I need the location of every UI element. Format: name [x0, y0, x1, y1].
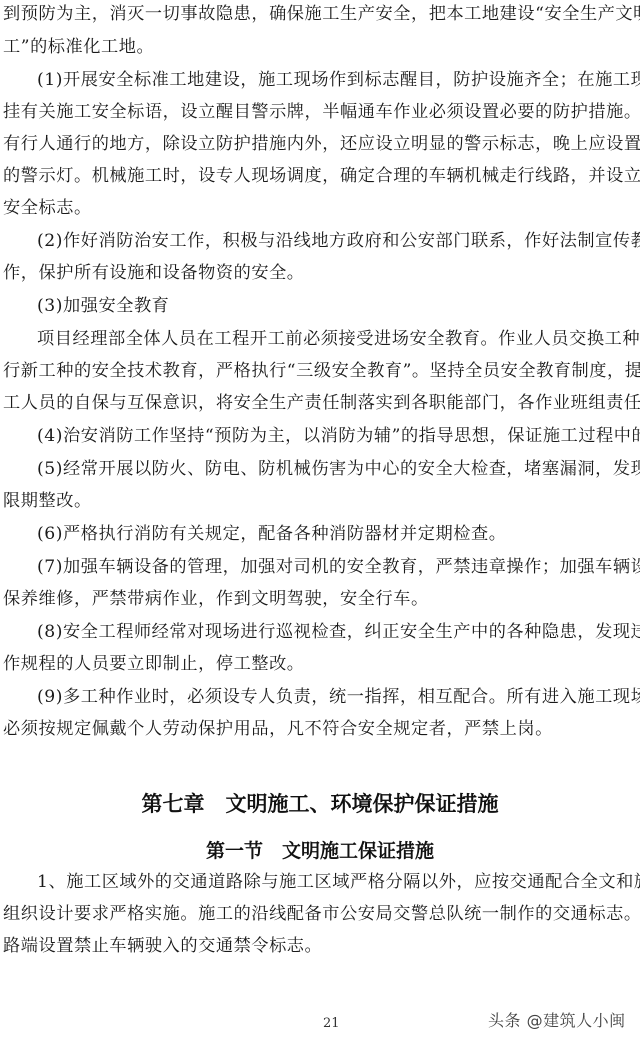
text-line: 限期整改。 [3, 491, 92, 511]
text-line: (4)治安消防工作坚持“预防为主，以消防为辅”的指导思想，保证施工过程中的安全。 [37, 426, 640, 446]
text-line: 到预防为主，消灭一切事故隐患，确保施工生产安全，把本工地建设“安全生产文明施 [3, 4, 640, 24]
text-line: (9)多工种作业时，必须设专人负责，统一指挥，相互配合。所有进入施工现场人员， [37, 687, 640, 707]
text-line: 路端设置禁止车辆驶入的交通禁令标志。 [3, 936, 322, 956]
text-line: 项目经理部全体人员在工程开工前必须接受进场安全教育。作业人员交换工种前进 [37, 329, 640, 349]
text-line: (7)加强车辆设备的管理，加强对司机的安全教育，严禁违章操作；加强车辆设备的 [37, 557, 640, 577]
watermark: 头条 @建筑人小闽 [488, 1008, 626, 1031]
text-line: 行新工种的安全技术教育，严格执行“三级安全教育”。坚持全员安全教育制度，提高施 [3, 361, 640, 381]
text-line: 保养维修，严禁带病作业，作到文明驾驶，安全行车。 [3, 589, 429, 609]
text-line: 作规程的人员要立即制止，停工整改。 [3, 654, 305, 674]
text-line: (2)作好消防治安工作，积极与沿线地方政府和公安部门联系，作好法制宣传教育工 [37, 231, 640, 251]
page-number: 21 [323, 1016, 340, 1031]
text-line: (8)安全工程师经常对现场进行巡视检查，纠正安全生产中的各种隐患，发现违反操 [37, 622, 640, 642]
text-line: 有行人通行的地方，除设立防护措施内外，还应设立明显的警示标志，晚上应设置红色 [3, 134, 640, 154]
text-line: (1)开展安全标准工地建设，施工现场作到标志醒目，防护设施齐全；在施工现场悬 [37, 70, 640, 90]
section-title: 第一节 文明施工保证措施 [0, 836, 640, 863]
text-line: (3)加强安全教育 [37, 296, 169, 316]
text-line: 工”的标准化工地。 [3, 37, 154, 57]
chapter-title: 第七章 文明施工、环境保护保证措施 [0, 788, 640, 818]
text-line: 作，保护所有设施和设备物资的安全。 [3, 263, 305, 283]
text-line: (5)经常开展以防火、防电、防机械伤害为中心的安全大检查，堵塞漏洞，发现隐患 [37, 459, 640, 479]
text-line: 1、施工区域外的交通道路除与施工区域严格分隔以外，应按交通配合全文和施工 [37, 872, 640, 892]
text-line: 组织设计要求严格实施。施工的沿线配备市公安局交警总队统一制作的交通标志。施工 [3, 904, 640, 924]
text-line: (6)严格执行消防有关规定，配备各种消防器材并定期检查。 [37, 524, 506, 544]
text-line: 安全标志。 [3, 198, 92, 218]
text-line: 挂有关施工安全标语，设立醒目警示牌，半幅通车作业必须设置必要的防护措施。对于 [3, 102, 640, 122]
text-line: 工人员的自保与互保意识，将安全生产责任制落实到各职能部门，各作业班组责任到人。 [3, 393, 640, 413]
text-line: 的警示灯。机械施工时，设专人现场调度，确定合理的车辆机械走行线路，并设立明显 [3, 166, 640, 186]
text-line: 必须按规定佩戴个人劳动保护用品，凡不符合安全规定者，严禁上岗。 [3, 719, 553, 739]
